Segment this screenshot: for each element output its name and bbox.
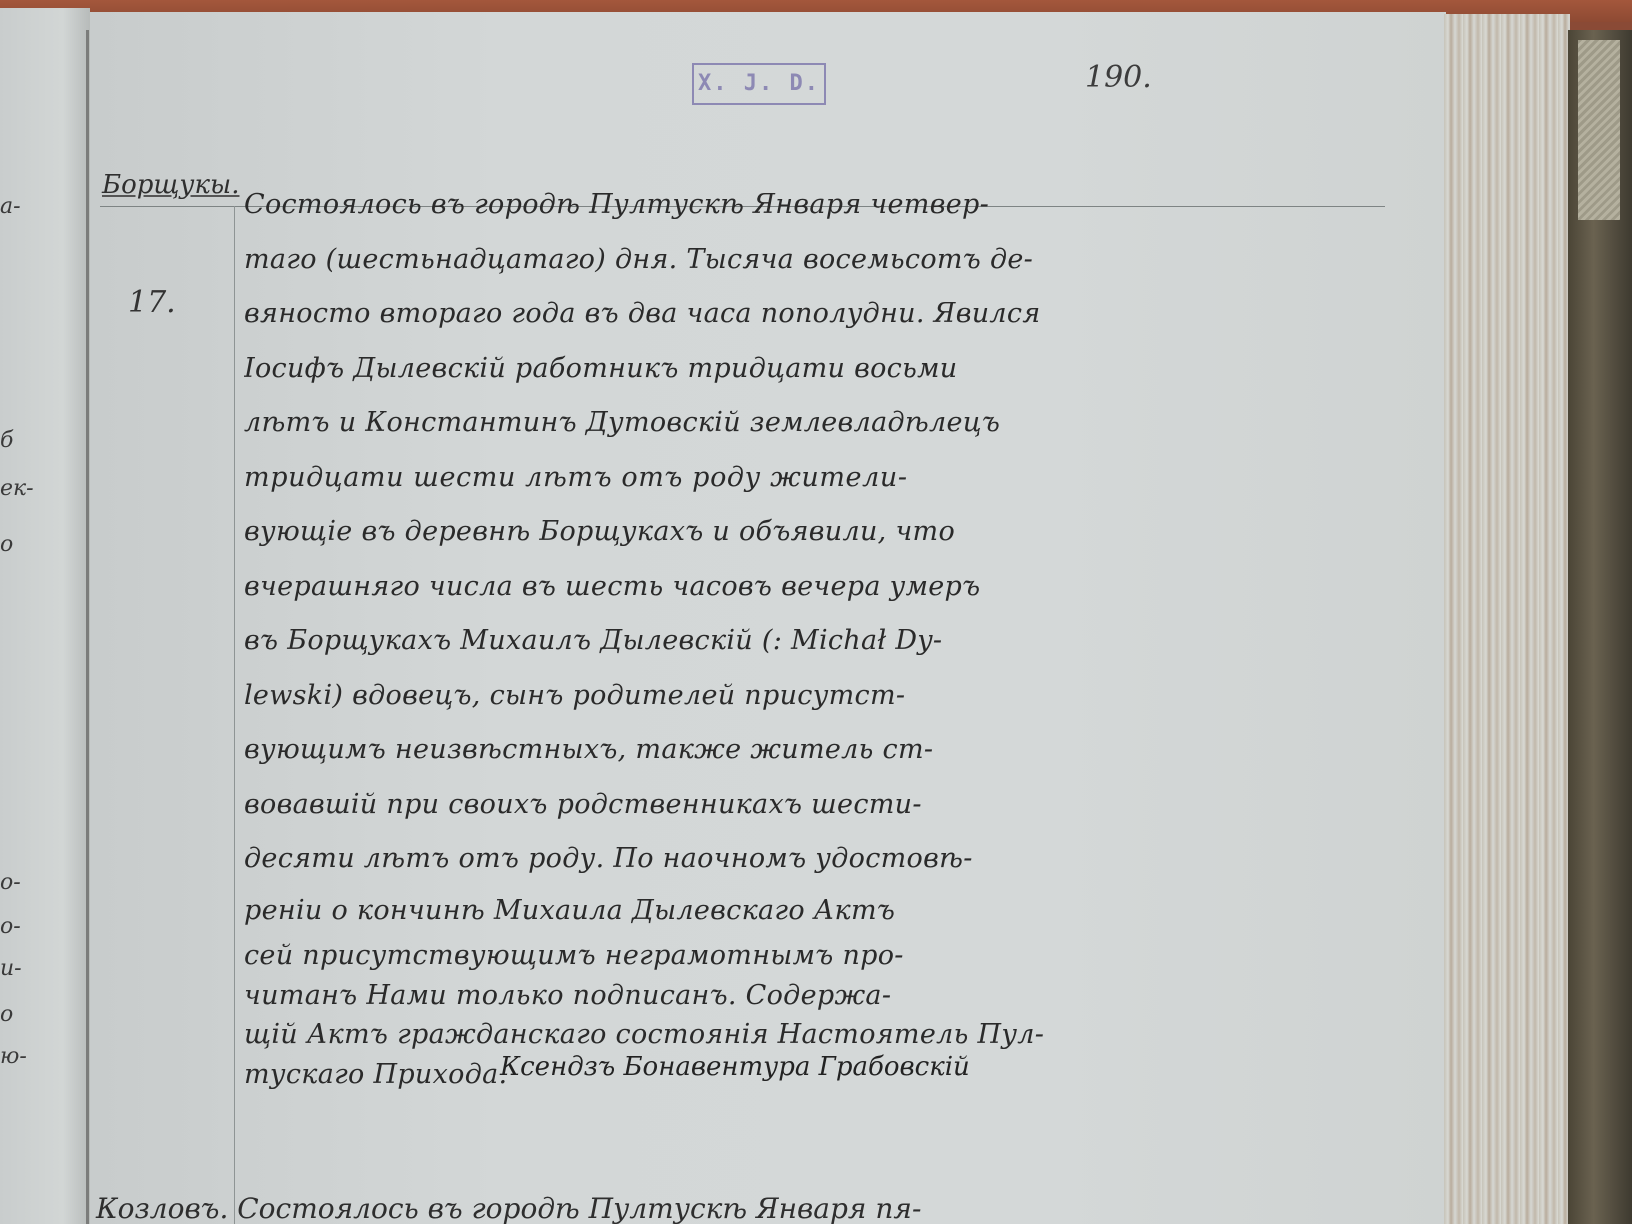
left-page: а- б ек- о о- о- и- о ю- xyxy=(0,8,90,1224)
entry-text: Состоялось въ городѣ Пултускѣ Января чет… xyxy=(244,178,1384,1095)
page-edges xyxy=(1444,14,1570,1224)
entry-village-name: Борщукы. xyxy=(102,170,239,200)
margin-rule xyxy=(234,206,235,1224)
text-line: вяностo втораго года въ два часа пополуд… xyxy=(244,287,1384,342)
fragment: о xyxy=(0,1002,13,1027)
book-gutter xyxy=(86,30,89,1224)
fragment: ю- xyxy=(0,1044,27,1069)
text-line: вчерашняго числа въ шесть часовъ вечера … xyxy=(244,560,1384,615)
cloth-binding-tape xyxy=(1578,40,1620,220)
text-line: вующимъ неизвѣстныхъ, также житель ст- xyxy=(244,723,1384,778)
page-number: 190. xyxy=(1085,60,1152,95)
text-line: Состоялось въ городѣ Пултускѣ Января чет… xyxy=(244,178,1384,233)
text-line: Іосифъ Дылевскій работникъ тридцати вось… xyxy=(244,342,1384,397)
fragment: и- xyxy=(0,956,22,981)
fragment: о- xyxy=(0,870,21,895)
text-line: читанъ Нами только подписанъ. Содержа- xyxy=(244,977,1384,1015)
text-line: щій Актъ гражданскаго состоянія Настояте… xyxy=(244,1015,1384,1055)
fragment: б xyxy=(0,428,13,453)
text-line: таго (шестьнадцатаго) дня. Тысяча восемь… xyxy=(244,233,1384,288)
fragment: о- xyxy=(0,914,21,939)
fragment: ек- xyxy=(0,476,34,501)
text-line: вующіе въ деревнѣ Борщукахъ и объявили, … xyxy=(244,505,1384,560)
text-line: лѣтъ и Константинъ Дутовскій землевладѣл… xyxy=(244,396,1384,451)
next-entry-partial: Козловъ. Состоялось въ городѣ Пултускѣ Я… xyxy=(96,1192,921,1224)
book-photograph: а- б ек- о о- о- и- о ю- X. J. D. 190. Б… xyxy=(0,0,1632,1224)
text-line: десяти лѣтъ отъ роду. По наочномъ удосто… xyxy=(244,832,1384,887)
archive-stamp: X. J. D. xyxy=(692,63,826,105)
fragment: а- xyxy=(0,194,21,219)
text-line: сей присутствующимъ неграмотнымъ про- xyxy=(244,935,1384,977)
priest-signature: Ксендзъ Бонавентура Грабовскій xyxy=(500,1052,970,1082)
text-line: тридцати шести лѣтъ отъ роду жители- xyxy=(244,451,1384,506)
text-line: lewski) вдовецъ, сынъ родителей присутст… xyxy=(244,669,1384,724)
fragment: о xyxy=(0,532,13,557)
text-line: въ Борщукахъ Михаилъ Дылевскій (: Michał… xyxy=(244,614,1384,669)
entry-number: 17. xyxy=(128,285,176,320)
text-line: реніи о кончинѣ Михаила Дылевскаго Актъ xyxy=(244,887,1384,935)
text-line: вовавшій при своихъ родственникахъ шести… xyxy=(244,778,1384,833)
